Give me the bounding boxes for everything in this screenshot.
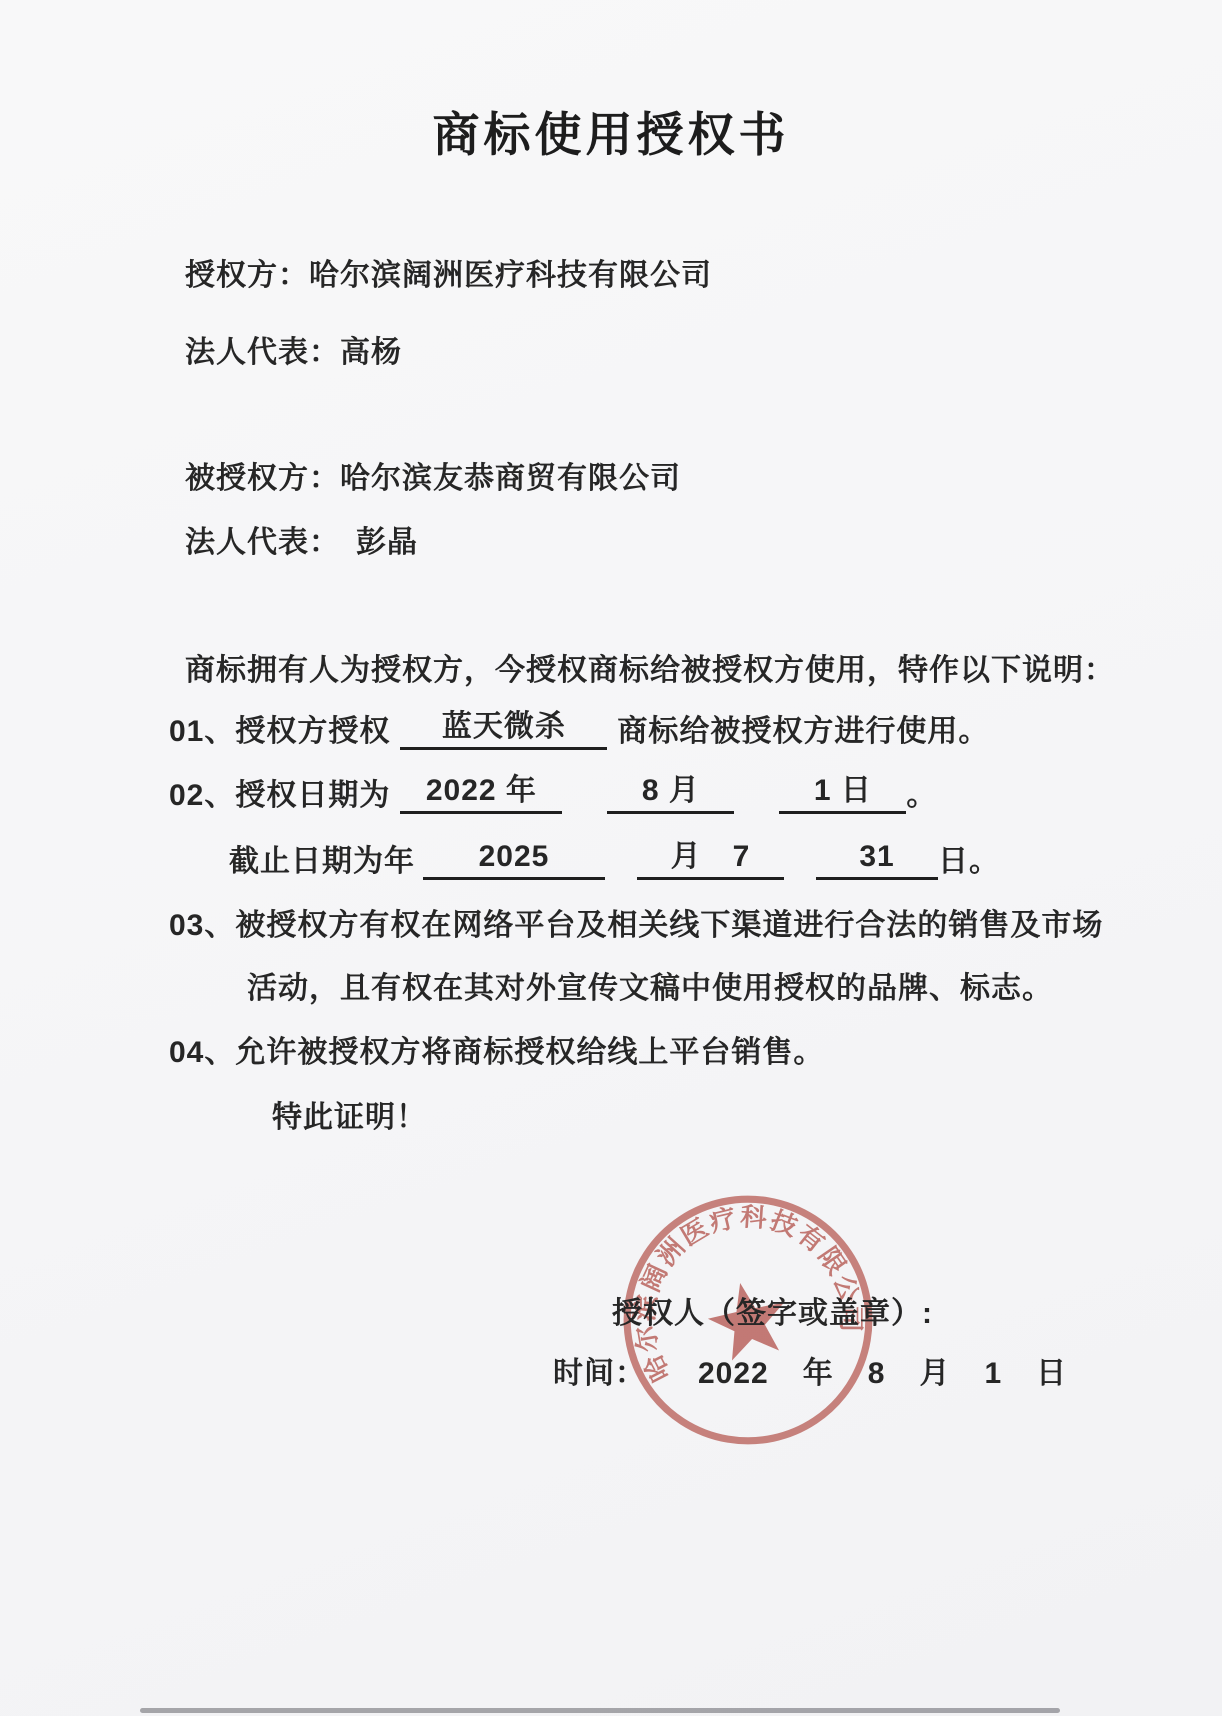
clause-02-line: 02、授权日期为2022 年8 月1 日。 (169, 770, 937, 814)
licensor-rep-name: 高杨 (340, 336, 402, 369)
document-title: 商标使用授权书 (0, 98, 1222, 165)
licensee-rep-label: 法人代表： (185, 526, 340, 559)
end-date-text-after: 日。 (938, 845, 1000, 878)
clause03-text-line1: 被授权方有权在网络平台及相关线下渠道进行合法的销售及市场 (235, 909, 1103, 942)
end-day-field: 31 (816, 840, 938, 881)
date-month-unit: 月 (919, 1348, 950, 1392)
end-date-text-before: 截止日期为年 (229, 845, 415, 878)
licensor-rep-label: 法人代表： (185, 336, 340, 369)
date-month: 8 (868, 1357, 886, 1391)
date-label: 时间： (553, 1357, 646, 1390)
start-month-field: 8 月 (607, 774, 734, 815)
start-year-field: 2022 年 (400, 774, 562, 815)
date-year: 2022 (698, 1357, 769, 1391)
clause02-period: 。 (906, 779, 937, 812)
licensor-label: 授权方： (185, 259, 309, 292)
clause-02-end-date-line: 截止日期为年2025月 731日。 (229, 836, 1000, 880)
licensor-name: 哈尔滨阔洲医疗科技有限公司 (309, 259, 712, 292)
licensor-line: 授权方：哈尔滨阔洲医疗科技有限公司 (185, 250, 712, 294)
clause-03-line2: 活动，且有权在其对外宣传文稿中使用授权的品牌、标志。 (247, 963, 1053, 1007)
licensee-line: 被授权方：哈尔滨友恭商贸有限公司 (185, 453, 681, 497)
trademark-name-field: 蓝天微杀 (400, 710, 607, 751)
intro-statement: 商标拥有人为授权方，今授权商标给被授权方使用，特作以下说明： (185, 645, 1115, 689)
scan-edge-shadow (140, 1708, 1060, 1713)
signature-label: 授权人（签字或盖章）: (612, 1288, 933, 1332)
clause01-text-after: 商标给被授权方进行使用。 (617, 715, 989, 748)
clause-03-line1: 03、被授权方有权在网络平台及相关线下渠道进行合法的销售及市场 (169, 900, 1103, 944)
clause01-number: 01、 (169, 715, 235, 748)
licensor-representative-line: 法人代表：高杨 (185, 327, 402, 371)
end-month-field: 月 7 (637, 840, 784, 881)
licensee-rep-name: 彭晶 (356, 526, 418, 559)
clause02-text-before: 授权日期为 (235, 779, 390, 812)
licensee-name: 哈尔滨友恭商贸有限公司 (340, 462, 681, 495)
clause02-number: 02、 (169, 779, 235, 812)
date-day: 1 (984, 1357, 1002, 1391)
start-day-field: 1 日 (779, 774, 906, 815)
date-line: 时间：2022年8月1日 (553, 1348, 1067, 1392)
clause-01-line: 01、授权方授权蓝天微杀商标给被授权方进行使用。 (169, 706, 989, 750)
clause03-number: 03、 (169, 909, 235, 942)
licensee-label: 被授权方： (185, 462, 340, 495)
closing-statement: 特此证明！ (272, 1092, 427, 1136)
licensee-representative-line: 法人代表：彭晶 (185, 517, 418, 561)
clause04-number: 04、 (169, 1036, 235, 1069)
document-page: 商标使用授权书 授权方：哈尔滨阔洲医疗科技有限公司 法人代表：高杨 被授权方：哈… (0, 0, 1222, 1716)
end-year-field: 2025 (423, 840, 605, 881)
clause04-text: 允许被授权方将商标授权给线上平台销售。 (235, 1036, 824, 1069)
clause-04-line: 04、允许被授权方将商标授权给线上平台销售。 (169, 1027, 824, 1071)
clause01-text-before: 授权方授权 (235, 715, 390, 748)
date-year-unit: 年 (803, 1348, 834, 1392)
date-day-unit: 日 (1036, 1348, 1067, 1392)
